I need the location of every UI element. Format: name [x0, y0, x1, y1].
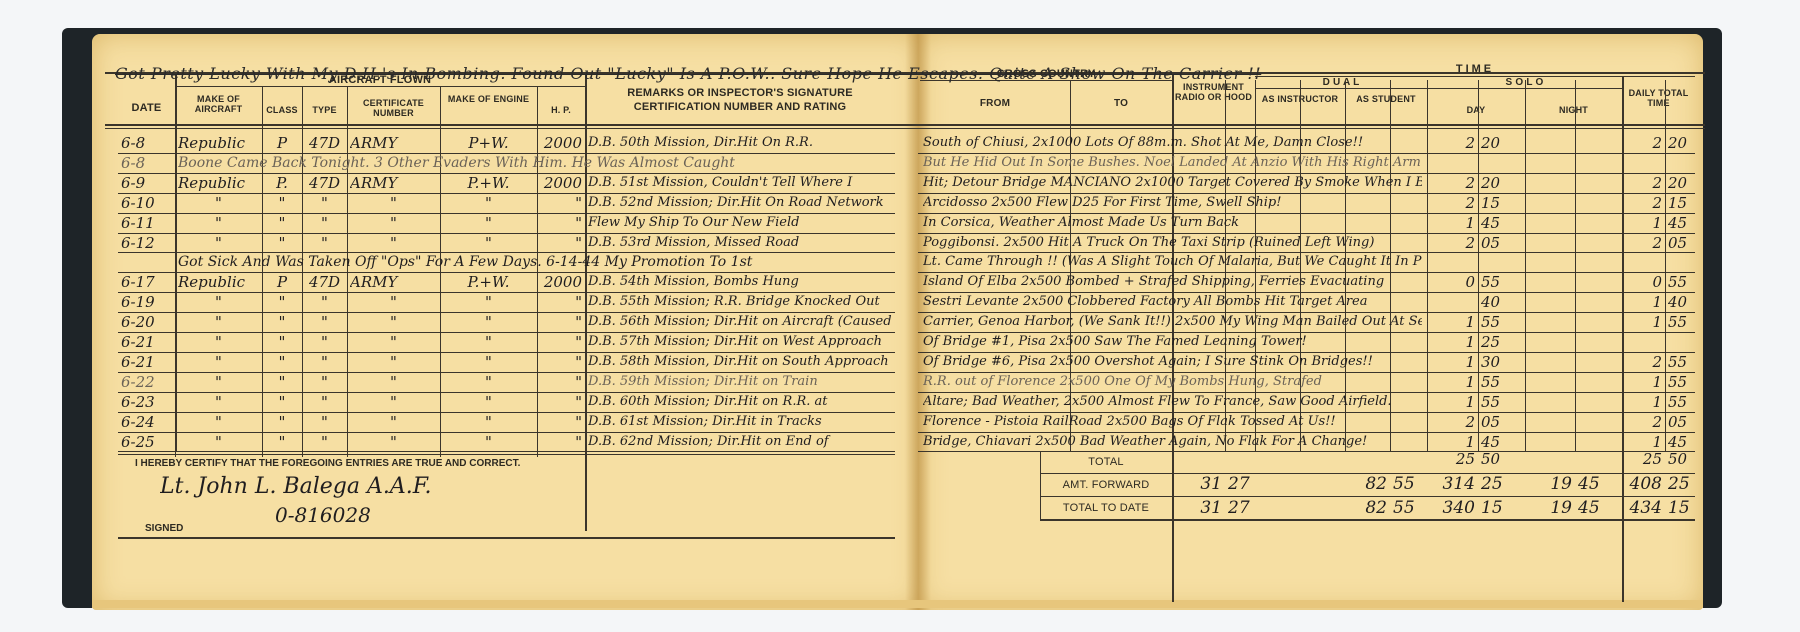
row-make: Republic: [178, 133, 259, 153]
row-hp: ": [540, 352, 582, 372]
row-certificate: ": [350, 372, 437, 392]
row-class: ": [265, 312, 299, 332]
total-to-date-instrument-minutes: 27: [1228, 498, 1252, 518]
row-note: Boone Came Back Tonight. 3 Other Evaders…: [178, 153, 892, 173]
row-certificate: ARMY: [350, 272, 437, 292]
row-remarks: D.B. 56th Mission; Dir.Hit on Aircraft (…: [588, 312, 892, 332]
row-hp: 2000: [540, 133, 582, 153]
header-as-student: AS STUDENT: [1345, 94, 1427, 104]
row-certificate: ": [350, 392, 437, 412]
row-type: ": [305, 412, 344, 432]
row-engine: ": [443, 352, 534, 372]
amt-forward-total-hours: 408: [1625, 474, 1662, 494]
row-cross-country-note: South of Chiusi, 2x1000 Lots Of 88m.m. S…: [923, 133, 1422, 153]
total-minutes: 50: [1668, 449, 1692, 469]
row-total-minutes: 55: [1668, 372, 1692, 392]
row-cross-country-note: Sestri Levante 2x500 Clobbered Factory A…: [923, 292, 1422, 312]
row-date: 6-8: [121, 133, 172, 153]
row-certificate: ": [350, 312, 437, 332]
row-total-hours: 2: [1625, 173, 1662, 193]
row-rule: [918, 451, 1695, 452]
row-total-hours: 2: [1625, 193, 1662, 213]
row-remarks: D.B. 61st Mission; Dir.Hit in Tracks: [588, 412, 892, 432]
row-type: ": [305, 233, 344, 253]
column-rule: [1665, 80, 1666, 451]
row-make: ": [178, 213, 259, 233]
row-solo-day-minutes: 55: [1481, 392, 1522, 412]
header-instrument: INSTRUMENT RADIO OR HOOD: [1172, 82, 1255, 102]
column-rule: [1478, 80, 1479, 451]
total-label: TOTAL: [1040, 456, 1172, 468]
header-remarks: REMARKS OR INSPECTOR'S SIGNATURE CERTIFI…: [600, 86, 880, 114]
row-engine: ": [443, 213, 534, 233]
aircraft-rule: [175, 86, 585, 87]
row-total-minutes: 55: [1668, 392, 1692, 412]
row-engine: ": [443, 292, 534, 312]
row-make: ": [178, 233, 259, 253]
row-engine: ": [443, 432, 534, 452]
header-bottom-rule-2: [105, 128, 1705, 129]
row-solo-day-hours: 2: [1430, 193, 1475, 213]
row-total-minutes: 55: [1668, 352, 1692, 372]
row-cross-country-note: Arcidosso 2x500 Flew D25 For First Time,…: [923, 193, 1422, 213]
row-class: P: [265, 133, 299, 153]
row-engine: ": [443, 372, 534, 392]
header-make-aircraft: MAKE OF AIRCRAFT: [175, 94, 262, 114]
row-solo-day-hours: 1: [1430, 213, 1475, 233]
row-solo-day-hours: 1: [1430, 392, 1475, 412]
row-engine: ": [443, 332, 534, 352]
amt-forward-student-minutes: 55: [1393, 474, 1424, 494]
row-total-hours: 1: [1625, 372, 1662, 392]
row-total-minutes: 55: [1668, 312, 1692, 332]
certify-top-rule: [118, 454, 895, 455]
total-day-hours: 25: [1430, 449, 1475, 469]
row-solo-day-hours: 2: [1430, 233, 1475, 253]
row-class: ": [265, 352, 299, 372]
row-solo-day-minutes: 15: [1481, 193, 1522, 213]
row-hp: ": [540, 332, 582, 352]
column-rule-total: [1622, 76, 1624, 602]
row-solo-day-hours: 1: [1430, 332, 1475, 352]
total-to-date-day-minutes: 15: [1481, 498, 1522, 518]
row-make: ": [178, 292, 259, 312]
row-type: ": [305, 392, 344, 412]
row-total-hours: 0: [1625, 272, 1662, 292]
row-remarks: D.B. 62nd Mission; Dir.Hit on End of: [588, 432, 892, 452]
row-solo-day-minutes: 30: [1481, 352, 1522, 372]
row-certificate: ARMY: [350, 133, 437, 153]
header-hp: H. P.: [537, 104, 585, 116]
row-solo-day-hours: 2: [1430, 412, 1475, 432]
row-class: ": [265, 213, 299, 233]
row-solo-day-hours: 1: [1430, 372, 1475, 392]
row-remarks: D.B. 53rd Mission, Missed Road: [588, 233, 892, 253]
row-engine: ": [443, 392, 534, 412]
row-certificate: ": [350, 233, 437, 253]
total-to-date-night-minutes: 45: [1578, 498, 1619, 518]
row-remarks: D.B. 57th Mission; Dir.Hit on West Appro…: [588, 332, 892, 352]
row-date: 6-11: [121, 213, 172, 233]
row-total-hours: 1: [1625, 312, 1662, 332]
row-class: ": [265, 372, 299, 392]
header-type: TYPE: [302, 104, 347, 116]
row-solo-day-minutes: 20: [1481, 133, 1522, 153]
row-total-minutes: 55: [1668, 272, 1692, 292]
serial-number: 0-816028: [275, 503, 371, 527]
total-day-minutes: 50: [1481, 449, 1522, 469]
row-class: P: [265, 272, 299, 292]
row-date: 6-19: [121, 292, 172, 312]
row-cross-country-note: Carrier, Genoa Harbor, (We Sank It!!) 2x…: [923, 312, 1422, 332]
row-class: P.: [265, 173, 299, 193]
header-bottom-rule: [105, 124, 1705, 126]
row-certificate: ": [350, 352, 437, 372]
row-hp: ": [540, 292, 582, 312]
row-cross-country-note: Florence - Pistoia RailRoad 2x500 Bags O…: [923, 412, 1422, 432]
total-hours: 25: [1625, 449, 1662, 469]
row-make: ": [178, 392, 259, 412]
row-type: ": [305, 312, 344, 332]
row-engine: P.+W.: [443, 173, 534, 193]
header-day: DAY: [1427, 104, 1525, 116]
row-certificate: ": [350, 412, 437, 432]
total-to-date-instrument-hours: 31: [1175, 498, 1222, 518]
amt-forward-night-hours: 19: [1528, 474, 1572, 494]
row-solo-day-minutes: 20: [1481, 173, 1522, 193]
row-solo-day-minutes: 55: [1481, 312, 1522, 332]
row-total-hours: 2: [1625, 233, 1662, 253]
row-make: ": [178, 332, 259, 352]
row-certificate: ": [350, 292, 437, 312]
row-solo-day-hours: 0: [1430, 272, 1475, 292]
row-type: ": [305, 193, 344, 213]
row-hp: ": [540, 432, 582, 452]
row-remarks: Flew My Ship To Our New Field: [588, 213, 892, 233]
row-make: Republic: [178, 173, 259, 193]
amt-forward-label: AMT. FORWARD: [1040, 479, 1172, 491]
row-certificate: ": [350, 332, 437, 352]
amt-forward-day-minutes: 25: [1481, 474, 1522, 494]
row-total-hours: 2: [1625, 412, 1662, 432]
column-rule: [1427, 80, 1428, 451]
row-solo-day-hours: 2: [1430, 173, 1475, 193]
row-solo-day-hours: 1: [1430, 312, 1475, 332]
row-remarks: D.B. 52nd Mission; Dir.Hit On Road Netwo…: [588, 193, 892, 213]
amt-forward-instrument-minutes: 27: [1228, 474, 1252, 494]
row-class: ": [265, 292, 299, 312]
row-make: ": [178, 312, 259, 332]
column-rule-date: [175, 72, 177, 451]
row-hp: ": [540, 412, 582, 432]
amt-forward-day-hours: 314: [1430, 474, 1475, 494]
header-to: TO: [1070, 98, 1172, 110]
row-date: 6-12: [121, 233, 172, 253]
row-make: ": [178, 412, 259, 432]
row-date: 6-23: [121, 392, 172, 412]
row-engine: ": [443, 193, 534, 213]
row-date: 6-10: [121, 193, 172, 213]
row-note: Got Sick And Was Taken Off "Ops" For A F…: [178, 252, 892, 272]
row-total-hours: 2: [1625, 352, 1662, 372]
row-solo-day-minutes: 55: [1481, 372, 1522, 392]
row-type: ": [305, 372, 344, 392]
row-solo-day-minutes: 45: [1481, 213, 1522, 233]
column-rule-remarks: [585, 72, 587, 531]
row-type: ": [305, 292, 344, 312]
row-type: ": [305, 332, 344, 352]
row-type: 47D: [305, 133, 344, 153]
column-rule: [1575, 80, 1576, 451]
signature: Lt. John L. Balega A.A.F.: [160, 473, 432, 501]
header-class: CLASS: [262, 104, 302, 116]
row-remarks: D.B. 58th Mission, Dir.Hit on South Appr…: [588, 352, 892, 372]
row-class: ": [265, 193, 299, 213]
row-cross-country-note: Island Of Elba 2x500 Bombed + Strafed Sh…: [923, 272, 1422, 292]
row-total-minutes: 20: [1668, 173, 1692, 193]
row-make: ": [178, 193, 259, 213]
row-class: ": [265, 332, 299, 352]
row-class: ": [265, 233, 299, 253]
row-total-hours: 1: [1625, 392, 1662, 412]
column-rule: [1525, 80, 1526, 451]
total-to-date-total-minutes: 15: [1668, 498, 1692, 518]
total-to-date-student-minutes: 55: [1393, 498, 1424, 518]
row-cross-country-note: But He Hid Out In Some Bushes. Noel Land…: [923, 153, 1422, 173]
row-engine: ": [443, 412, 534, 432]
amt-forward-total-minutes: 25: [1668, 474, 1692, 494]
row-total-minutes: 05: [1668, 412, 1692, 432]
row-type: ": [305, 432, 344, 452]
row-hp: ": [540, 193, 582, 213]
row-remarks: D.B. 60th Mission; Dir.Hit on R.R. at: [588, 392, 892, 412]
row-certificate: ": [350, 193, 437, 213]
row-date: 6-8: [121, 153, 172, 173]
row-solo-day-minutes: 05: [1481, 233, 1522, 253]
header-date: DATE: [118, 102, 175, 114]
row-hp: ": [540, 372, 582, 392]
total-to-date-total-hours: 434: [1625, 498, 1662, 518]
row-date: 6-24: [121, 412, 172, 432]
row-solo-day-minutes: 05: [1481, 412, 1522, 432]
row-date: 6-25: [121, 432, 172, 452]
row-total-hours: 1: [1625, 213, 1662, 233]
row-hp: 2000: [540, 173, 582, 193]
page-edge: [92, 600, 1703, 608]
row-remarks: D.B. 54th Mission, Bombs Hung: [588, 272, 892, 292]
row-date: 6-22: [121, 372, 172, 392]
row-total-minutes: 45: [1668, 213, 1692, 233]
row-make: ": [178, 352, 259, 372]
totals-bottom-rule: [1040, 519, 1695, 521]
row-cross-country-note: R.R. out of Florence 2x500 One Of My Bom…: [923, 372, 1422, 392]
row-type: 47D: [305, 272, 344, 292]
total-to-date-student-hours: 82: [1348, 498, 1387, 518]
row-solo-day-hours: 2: [1430, 133, 1475, 153]
row-certificate: ": [350, 213, 437, 233]
row-cross-country-note: Poggibonsi. 2x500 Hit A Truck On The Tax…: [923, 233, 1422, 253]
row-type: ": [305, 213, 344, 233]
row-cross-country-note: Bridge, Chiavari 2x500 Bad Weather Again…: [923, 432, 1422, 452]
row-hp: ": [540, 312, 582, 332]
row-solo-day-hours: 1: [1430, 352, 1475, 372]
header-daily-total: DAILY TOTAL TIME: [1622, 88, 1695, 108]
row-hp: 2000: [540, 272, 582, 292]
row-hp: ": [540, 233, 582, 253]
row-class: ": [265, 412, 299, 432]
row-total-minutes: 15: [1668, 193, 1692, 213]
row-date: 6-21: [121, 352, 172, 372]
total-to-date-label: TOTAL TO DATE: [1040, 502, 1172, 514]
amt-forward-instrument-hours: 31: [1175, 474, 1222, 494]
row-hp: ": [540, 392, 582, 412]
total-to-date-day-hours: 340: [1430, 498, 1475, 518]
row-engine: P+W.: [443, 133, 534, 153]
row-make: ": [178, 432, 259, 452]
header-from: FROM: [920, 98, 1070, 110]
header-make-engine: MAKE OF ENGINE: [440, 94, 537, 104]
certify-bottom-rule: [118, 537, 895, 539]
row-remarks: D.B. 50th Mission, Dir.Hit On R.R.: [588, 133, 892, 153]
row-engine: ": [443, 312, 534, 332]
row-class: ": [265, 432, 299, 452]
row-total-minutes: 40: [1668, 292, 1692, 312]
row-total-minutes: 20: [1668, 133, 1692, 153]
row-date: 6-21: [121, 332, 172, 352]
row-hp: ": [540, 213, 582, 233]
row-date: 6-9: [121, 173, 172, 193]
amt-forward-student-hours: 82: [1348, 474, 1387, 494]
row-engine: P.+W.: [443, 272, 534, 292]
row-certificate: ": [350, 432, 437, 452]
row-date: 6-20: [121, 312, 172, 332]
row-solo-day-minutes: 55: [1481, 272, 1522, 292]
row-engine: ": [443, 233, 534, 253]
header-certificate-number: CERTIFICATE NUMBER: [347, 98, 440, 118]
row-cross-country-note: Lt. Came Through !! (Was A Slight Touch …: [923, 252, 1422, 272]
row-cross-country-note: Altare; Bad Weather, 2x500 Almost Flew T…: [923, 392, 1422, 412]
top-handwritten-note: Got Pretty Lucky With My D.H.'s In Bombi…: [115, 64, 1695, 83]
row-make: ": [178, 372, 259, 392]
row-class: ": [265, 392, 299, 412]
header-night: NIGHT: [1525, 104, 1622, 116]
row-remarks: D.B. 55th Mission; R.R. Bridge Knocked O…: [588, 292, 892, 312]
row-solo-day-minutes: 25: [1481, 332, 1522, 352]
row-type: 47D: [305, 173, 344, 193]
amt-forward-night-minutes: 45: [1578, 474, 1619, 494]
certify-statement: I HEREBY CERTIFY THAT THE FOREGOING ENTR…: [135, 458, 520, 469]
row-cross-country-note: Hit; Detour Bridge MANCIANO 2x1000 Targe…: [923, 173, 1422, 193]
row-certificate: ARMY: [350, 173, 437, 193]
row-remarks: D.B. 51st Mission, Couldn't Tell Where I: [588, 173, 892, 193]
row-remarks: D.B. 59th Mission; Dir.Hit on Train: [588, 372, 892, 392]
row-rule: [118, 451, 895, 452]
signed-label: SIGNED: [145, 523, 183, 534]
row-make: Republic: [178, 272, 259, 292]
row-total-hours: 2: [1625, 133, 1662, 153]
row-cross-country-note: In Corsica, Weather Almost Made Us Turn …: [923, 213, 1422, 233]
row-solo-day-minutes: 40: [1481, 292, 1522, 312]
total-to-date-night-hours: 19: [1528, 498, 1572, 518]
row-type: ": [305, 352, 344, 372]
row-total-minutes: 05: [1668, 233, 1692, 253]
row-cross-country-note: Of Bridge #6, Pisa 2x500 Overshot Again;…: [923, 352, 1422, 372]
row-total-hours: 1: [1625, 292, 1662, 312]
row-cross-country-note: Of Bridge #1, Pisa 2x500 Saw The Famed L…: [923, 332, 1422, 352]
totals-rule: [1040, 496, 1695, 497]
row-date: 6-17: [121, 272, 172, 292]
